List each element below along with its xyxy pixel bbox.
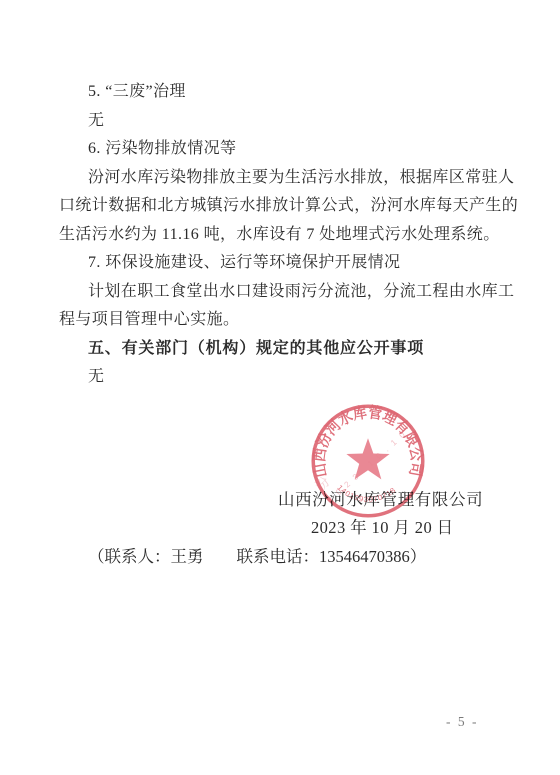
document-line: 无 bbox=[59, 107, 505, 136]
document-line: 7. 环保设施建设、运行等环境保护开展情况 bbox=[59, 249, 505, 278]
document-lines: 5. “三废”治理无6. 污染物排放情况等汾河水库污染物排放主要为生活污水排放，… bbox=[59, 78, 505, 392]
document-line: 程与项目管理中心实施。 bbox=[59, 306, 505, 335]
document-line: 汾河水库污染物排放主要为生活污水排放，根据库区常驻人 bbox=[59, 164, 505, 193]
document-line: 五、有关部门（机构）规定的其他应公开事项 bbox=[59, 335, 505, 364]
document-line: 无 bbox=[59, 363, 505, 392]
svg-text:山西汾河水库管理有限公司: 山西汾河水库管理有限公司 bbox=[310, 402, 427, 478]
contact-line: （联系人：王勇 联系电话：13546470386） bbox=[88, 543, 426, 567]
seal-star-icon bbox=[346, 438, 389, 479]
page-number: - 5 - bbox=[446, 714, 479, 730]
document-page: 5. “三废”治理无6. 污染物排放情况等汾河水库污染物排放主要为生活污水排放，… bbox=[0, 0, 560, 775]
document-line: 5. “三废”治理 bbox=[59, 78, 505, 107]
document-line: 口统计数据和北方城镇污水排放计算公式，汾河水库每天产生的 bbox=[59, 192, 505, 221]
signature-date: 2023 年 10 月 20 日 bbox=[311, 514, 454, 538]
document-line: 计划在职工食堂出水口建设雨污分流池，分流工程由水库工 bbox=[59, 278, 505, 307]
document-line: 生活污水约为 11.16 吨，水库设有 7 处地埋式污水处理系统。 bbox=[59, 221, 505, 250]
document-line: 6. 污染物排放情况等 bbox=[59, 135, 505, 164]
seal-arc-text: 山西汾河水库管理有限公司 bbox=[310, 402, 427, 478]
signature-company: 山西汾河水库管理有限公司 bbox=[278, 486, 483, 510]
